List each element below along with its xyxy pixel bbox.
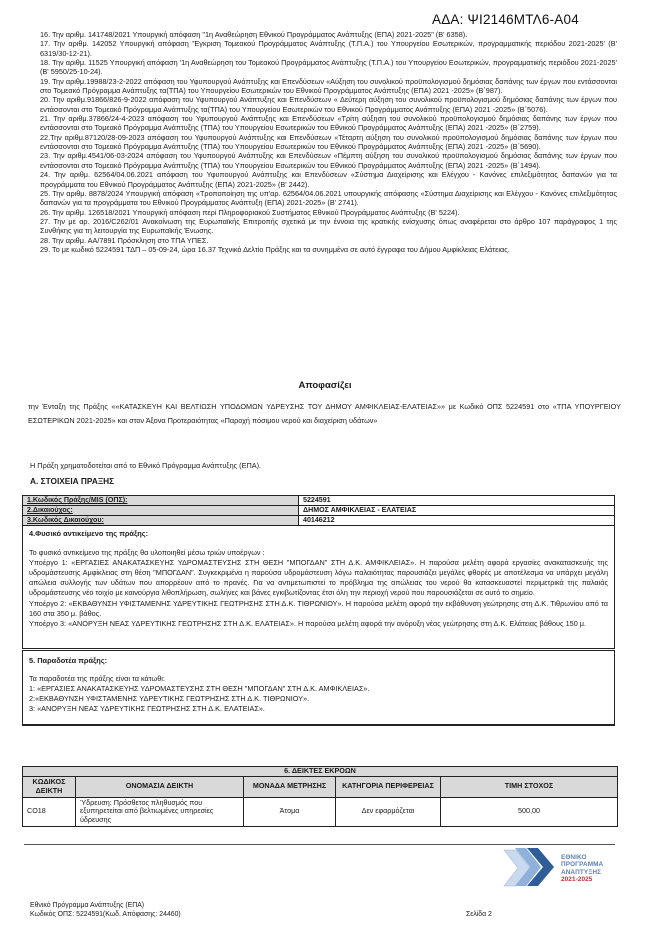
consideration-item: 24. Την αριθμ. 62564/04.06.2021 απόφαση … <box>40 170 617 189</box>
decision-text: την Ένταξη της Πράξης ««ΚΑΤΑΣΚΕΥΗ ΚΑΙ ΒΕ… <box>28 400 621 428</box>
consideration-item: 26. Την αριθμ. 126518/2021 Υπουργική από… <box>40 208 617 217</box>
deliverables-heading: 5. Παραδοτέα πράξης: <box>29 656 608 666</box>
info-row: 2.Δικαιούχος: ΔΗΜΟΣ ΑΜΦΙΚΛΕΙΑΣ - ΕΛΑΤΕΙΑ… <box>23 506 615 516</box>
subproject-1: Υποέργο 1: «ΕΡΓΑΣΙΕΣ ΑΝΑΚΑΤΑΣΚΕΥΗΣ ΥΔΡΟΜ… <box>29 558 608 598</box>
deliverable-item: 2:«ΕΚΒΑΘΥΝΣΗ ΥΦΙΣΤΑΜΕΝΗΣ ΥΔΡΕΥΤΙΚΗΣ ΓΕΩΤ… <box>29 694 608 704</box>
deliverable-item: 1: «ΕΡΓΑΣΙΕΣ ΑΝΑΚΑΤΑΣΚΕΥΗΣ ΥΔΡΟΜΑΣΤΕΥΣΗΣ… <box>29 684 608 694</box>
deliverable-item: 3: «ΑΝΟΡΥΞΗ ΝΕΑΣ ΥΔΡΕΥΤΙΚΗΣ ΓΕΩΤΡΗΣΗΣ ΣΤ… <box>29 704 608 714</box>
page-number: Σελίδα 2 <box>466 911 492 918</box>
consideration-item: 22.Την αριθμ.87120/28-09-2023 απόφαση το… <box>40 133 617 152</box>
ada-code: ΑΔΑ: ΨΙ2146ΜΤΛ6-Α04 <box>432 12 579 27</box>
logo-line: ΑΝΑΠΤΥΞΗΣ <box>561 869 603 876</box>
info-label: 3.Κωδικός Δικαιούχου: <box>23 516 299 526</box>
logo-text: ΕΘΝΙΚΟ ΠΡΟΓΡΑΜΜΑ ΑΝΑΠΤΥΞΗΣ 2021-2025 <box>561 854 603 884</box>
epa-logo: ΕΘΝΙΚΟ ΠΡΟΓΡΑΜΜΑ ΑΝΑΠΤΥΞΗΣ 2021-2025 <box>502 846 642 892</box>
table-row: CO18 Ύδρευση: Πρόσθετος πληθυσμός που εξ… <box>23 797 618 826</box>
logo-line: ΠΡΟΓΡΑΜΜΑ <box>561 861 603 868</box>
info-value: 5224591 <box>299 496 615 506</box>
indicators-header-row: ΚΩΔΙΚΟΣ ΔΕΙΚΤΗ ΟΝΟΜΑΣΙΑ ΔΕΙΚΤΗ ΜΟΝΑΔΑ ΜΕ… <box>23 777 618 798</box>
indicators-title: 6. ΔΕΙΚΤΕΣ ΕΚΡΟΩΝ <box>23 767 618 777</box>
physical-object-intro: Το φυσικό αντικείμενο της πράξης θα υλοπ… <box>29 548 608 558</box>
info-value: ΔΗΜΟΣ ΑΜΦΙΚΛΕΙΑΣ - ΕΛΑΤΕΙΑΣ <box>299 506 615 516</box>
logo-years: 2021-2025 <box>561 876 603 883</box>
info-value: 40146212 <box>299 516 615 526</box>
col-header-name: ΟΝΟΜΑΣΙΑ ΔΕΙΚΤΗ <box>76 777 244 798</box>
indicator-target: 500,00 <box>441 797 618 826</box>
consideration-item: 18. Την αριθμ. 11525 Υπουργική απόφαση '… <box>40 58 617 77</box>
consideration-item: 16. Την αριθμ. 141748/2021 Υπουργική από… <box>40 30 617 39</box>
consideration-item: 28. Την αριθμ. ΑΑ/7891 Πρόσκληση στο ΤΠΑ… <box>40 236 617 245</box>
funding-text: Η Πράξη χρηματοδοτείται από το Εθνικό Πρ… <box>30 461 261 470</box>
deliverables-box: 5. Παραδοτέα πράξης: Τα παραδοτέα της πρ… <box>22 650 615 726</box>
consideration-item: 21. Την αριθμ.37866/24-4-2023 απόφαση το… <box>40 114 617 133</box>
indicator-name: Ύδρευση: Πρόσθετος πληθυσμός που εξυπηρε… <box>76 797 244 826</box>
project-info-table: 1.Κωδικός Πράξης/MIS (ΟΠΣ): 5224591 2.Δι… <box>22 495 615 526</box>
consideration-item: 20. Την αριθμ.91866/826-9-2022 απόφαση τ… <box>40 95 617 114</box>
col-header-unit: ΜΟΝΑΔΑ ΜΕΤΡΗΣΗΣ <box>244 777 336 798</box>
considerations-list: 16. Την αριθμ. 141748/2021 Υπουργική από… <box>40 30 617 254</box>
physical-object-box: 4.Φυσικό αντικείμενο της πράξης: Το φυσι… <box>22 525 615 649</box>
deliverables-intro: Τα παραδοτέα της πράξης είναι τα κάτωθι: <box>29 674 608 684</box>
footer-program: Εθνικό Πρόγραμμα Ανάπτυξης (ΕΠΑ) <box>30 902 181 911</box>
col-header-target: ΤΙΜΗ ΣΤΟΧΟΣ <box>441 777 618 798</box>
footer-info: Εθνικό Πρόγραμμα Ανάπτυξης (ΕΠΑ) Κωδικός… <box>30 902 181 919</box>
col-header-code: ΚΩΔΙΚΟΣ ΔΕΙΚΤΗ <box>23 777 76 798</box>
indicator-region-category: Δεν εφαρμόζεται <box>336 797 441 826</box>
col-header-region: ΚΑΤΗΓΟΡΙΑ ΠΕΡΙΦΕΡΕΙΑΣ <box>336 777 441 798</box>
consideration-item: 19. Την αριθμ.19988/23-2-2022 απόφαση το… <box>40 77 617 96</box>
subproject-3: Υποέργο 3: «ΑΝΟΡΥΞΗ ΝΕΑΣ ΥΔΡΕΥΤΙΚΗΣ ΓΕΩΤ… <box>29 619 608 629</box>
indicator-code: CO18 <box>23 797 76 826</box>
consideration-item: 23. Την αριθμ.4541/06-03-2024 απόφαση το… <box>40 151 617 170</box>
indicator-unit: Άτομα <box>244 797 336 826</box>
consideration-item: 25. Την αριθμ. 8878/2024 Υπουργική απόφα… <box>40 189 617 208</box>
consideration-item: 27. Την με αρ. 2016/C262/01 Ανακοίνωση τ… <box>40 217 617 236</box>
footer-code: Κωδικός ΟΠΣ: 5224591(Κωδ. Απόφασης: 2446… <box>30 911 181 920</box>
info-label: 1.Κωδικός Πράξης/MIS (ΟΠΣ): <box>23 496 299 506</box>
section-a-title: Α. ΣΤΟΙΧΕΙΑ ΠΡΑΞΗΣ <box>30 476 114 486</box>
logo-line: ΕΘΝΙΚΟ <box>561 854 603 861</box>
footer-divider <box>24 844 615 845</box>
info-row: 3.Κωδικός Δικαιούχου: 40146212 <box>23 516 615 526</box>
subproject-2: Υποέργο 2: «ΕΚΒΑΘΥΝΣΗ ΥΦΙΣΤΑΜΕΝΗΣ ΥΔΡΕΥΤ… <box>29 599 608 619</box>
chevron-arrows-logo-icon <box>502 846 558 892</box>
consideration-item: 29. Το με κωδικό 5224591 ΤΔΠ – 05-09-24,… <box>40 245 617 254</box>
consideration-item: 17. Την αριθμ. 142052 Υπουργική απόφαση … <box>40 39 617 58</box>
physical-object-heading: 4.Φυσικό αντικείμενο της πράξης: <box>29 529 608 539</box>
output-indicators-table: 6. ΔΕΙΚΤΕΣ ΕΚΡΟΩΝ ΚΩΔΙΚΟΣ ΔΕΙΚΤΗ ΟΝΟΜΑΣΙ… <box>22 766 618 827</box>
info-label: 2.Δικαιούχος: <box>23 506 299 516</box>
decision-title: Αποφασίζει <box>0 380 650 391</box>
info-row: 1.Κωδικός Πράξης/MIS (ΟΠΣ): 5224591 <box>23 496 615 506</box>
indicators-title-row: 6. ΔΕΙΚΤΕΣ ΕΚΡΟΩΝ <box>23 767 618 777</box>
